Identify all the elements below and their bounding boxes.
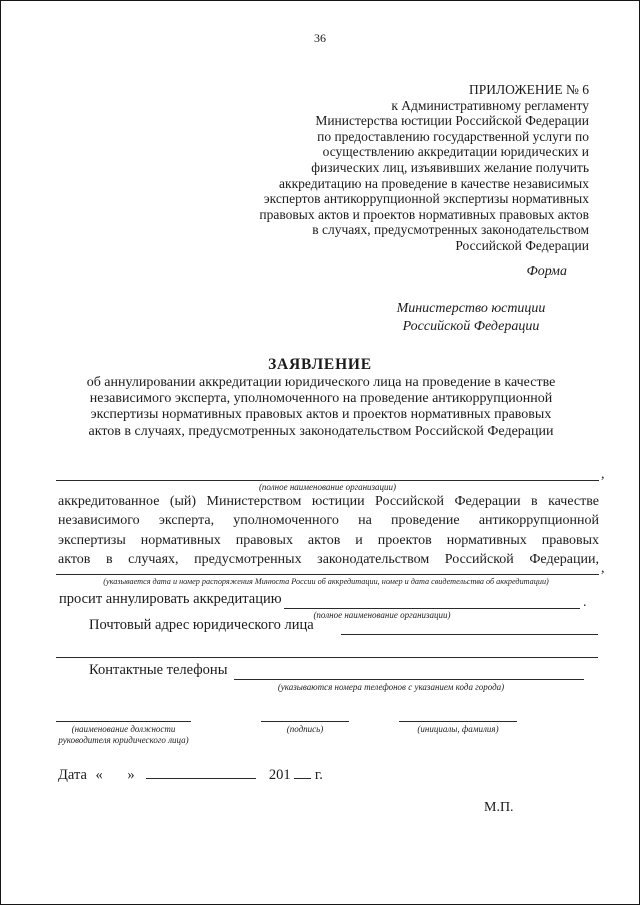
contact-phones-line bbox=[234, 679, 584, 680]
initials-caption: (инициалы, фамилия) bbox=[389, 724, 527, 735]
header-line: аккредитацию на проведение в качестве не… bbox=[159, 176, 589, 192]
stamp-label: М.П. bbox=[484, 800, 514, 816]
position-caption: (наименование должности руководителя юри… bbox=[41, 724, 206, 745]
document-subtitle: об аннулировании аккредитации юридическо… bbox=[60, 375, 582, 440]
header-line: Российской Федерации bbox=[159, 238, 589, 254]
annul-request-line bbox=[284, 608, 580, 609]
header-line: физических лиц, изъявивших желание получ… bbox=[159, 160, 589, 176]
ministry-line: Министерство юстиции bbox=[371, 300, 571, 318]
form-label: Форма bbox=[527, 264, 568, 280]
signature-line bbox=[261, 721, 349, 722]
header-line: ПРИЛОЖЕНИЕ № 6 bbox=[159, 82, 589, 98]
date-row: Дата « » 201 г. bbox=[58, 766, 323, 784]
header-line: Министерства юстиции Российской Федераци… bbox=[159, 113, 589, 129]
postal-address-line bbox=[341, 634, 598, 635]
order-details-caption: (указывается дата и номер распоряжения М… bbox=[46, 577, 606, 588]
paragraph-line: аккредитованное (ый) Министерством юстиц… bbox=[58, 492, 599, 511]
header-line: осуществлению аккредитации юридических и bbox=[159, 144, 589, 160]
date-month-line bbox=[146, 766, 256, 779]
annul-org-caption: (полное наименование организации) bbox=[306, 610, 458, 621]
header-line: к Административному регламенту bbox=[159, 98, 589, 114]
org-name-caption: (полное наименование организации) bbox=[56, 482, 599, 493]
position-caption-line: (наименование должности bbox=[41, 724, 206, 735]
date-quote-close: » bbox=[127, 767, 134, 783]
subtitle-line: об аннулировании аккредитации юридическо… bbox=[60, 375, 582, 391]
subtitle-line: независимого эксперта, уполномоченного н… bbox=[60, 391, 582, 407]
subtitle-line: актов в случаях, предусмотренных законод… bbox=[60, 424, 582, 440]
date-year-line bbox=[294, 766, 311, 779]
org-name-line bbox=[56, 480, 599, 481]
document-title: ЗАЯВЛЕНИЕ bbox=[1, 356, 639, 374]
ministry-name: Министерство юстиции Российской Федераци… bbox=[371, 300, 571, 335]
document-page: 36 ПРИЛОЖЕНИЕ № 6 к Административному ре… bbox=[0, 0, 640, 905]
annul-request-label: просит аннулировать аккредитацию bbox=[59, 591, 282, 608]
org-name-line-comma: , bbox=[601, 467, 605, 483]
appendix-header: ПРИЛОЖЕНИЕ № 6 к Административному регла… bbox=[159, 82, 589, 254]
annul-request-period: . bbox=[583, 595, 587, 611]
contact-phones-label: Контактные телефоны bbox=[89, 662, 227, 679]
page-number: 36 bbox=[1, 31, 639, 46]
position-caption-line: руководителя юридического лица) bbox=[41, 735, 206, 746]
postal-address-label: Почтовый адрес юридического лица bbox=[89, 617, 314, 634]
subtitle-line: экспертизы нормативных правовых актов и … bbox=[60, 407, 582, 423]
postal-address-line-2 bbox=[56, 657, 598, 658]
header-line: правовых актов и проектов нормативных пр… bbox=[159, 207, 589, 223]
header-line: в случаях, предусмотренных законодательс… bbox=[159, 222, 589, 238]
date-year-suffix: г. bbox=[315, 767, 323, 783]
date-quote-open: « bbox=[96, 767, 103, 783]
order-details-line bbox=[56, 574, 599, 575]
paragraph-line: экспертизы нормативных правовых актов и … bbox=[58, 531, 599, 550]
position-signature-line bbox=[56, 721, 191, 722]
signature-caption: (подпись) bbox=[255, 724, 355, 735]
date-label: Дата bbox=[58, 767, 87, 783]
order-details-line-comma: , bbox=[601, 561, 605, 577]
header-line: экспертов антикоррупционной экспертизы н… bbox=[159, 191, 589, 207]
accreditation-paragraph: аккредитованное (ый) Министерством юстиц… bbox=[58, 492, 599, 570]
initials-line bbox=[399, 721, 517, 722]
paragraph-line: актов в случаях, предусмотренных законод… bbox=[58, 550, 599, 569]
contact-phones-caption: (указываются номера телефонов с указание… bbox=[236, 682, 546, 693]
ministry-line: Российской Федерации bbox=[371, 318, 571, 336]
header-line: по предоставлению государственной услуги… bbox=[159, 129, 589, 145]
date-year: 201 bbox=[269, 767, 291, 783]
paragraph-line: независимого эксперта, уполномоченного н… bbox=[58, 511, 599, 530]
